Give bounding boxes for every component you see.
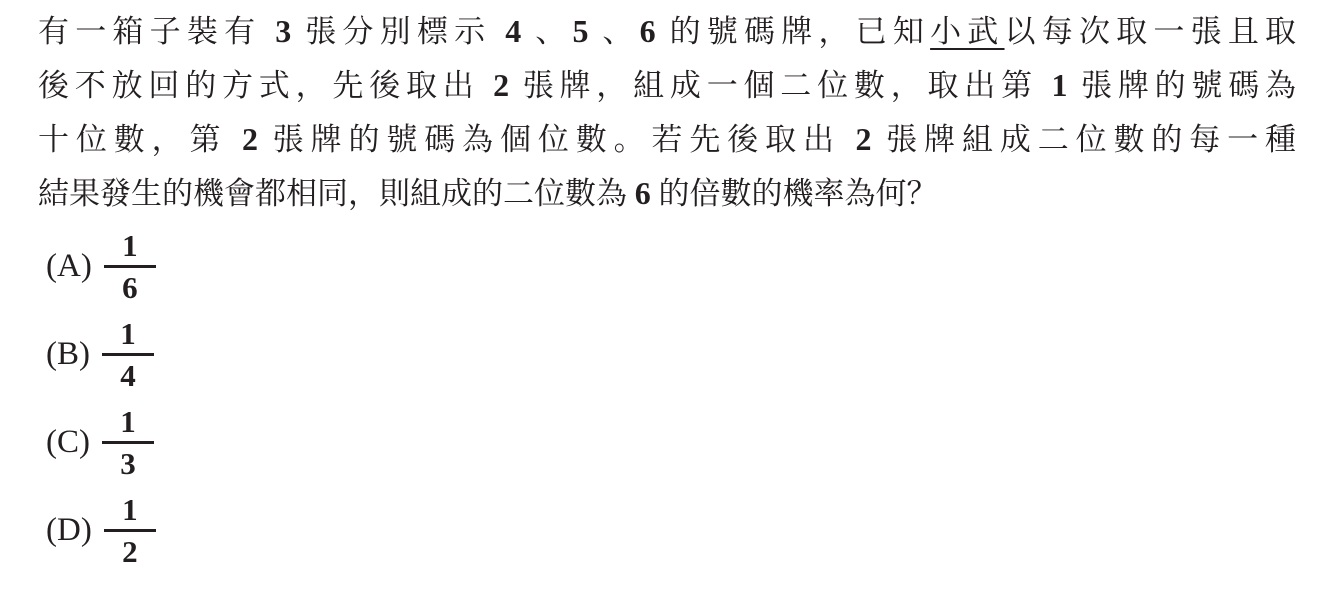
text-segment: 的號碼牌，已知 — [656, 14, 930, 49]
bold-number: 6 — [635, 175, 651, 211]
text-segment: 張牌的號碼為個位數。若先後取出 — [258, 122, 856, 157]
option-b-label: (B) — [46, 338, 90, 371]
exam-question-page: 有一箱子裝有 3 張分別標示 4 、5 、6 的號碼牌，已知小武以每次取一張且取… — [0, 0, 1338, 590]
text-segment: 十位數，第 — [38, 122, 242, 157]
option-c-fraction: 1 3 — [102, 406, 154, 479]
option-a-fraction: 1 6 — [104, 230, 156, 303]
option-b: (B) 1 4 — [46, 310, 1296, 398]
fraction-denominator: 6 — [104, 268, 156, 303]
option-a: (A) 1 6 — [46, 222, 1296, 310]
bold-number: 6 — [640, 13, 656, 49]
text-segment: 結果發生的機會都相同，則組成的二位數為 — [38, 176, 635, 211]
question-text: 有一箱子裝有 3 張分別標示 4 、5 、6 的號碼牌，已知小武以每次取一張且取… — [38, 4, 1296, 220]
bold-number: 2 — [242, 121, 258, 157]
fraction-numerator: 1 — [102, 406, 154, 444]
bold-number: 2 — [493, 67, 509, 103]
question-line-4: 結果發生的機會都相同，則組成的二位數為 6 的倍數的機率為何？ — [38, 166, 1296, 220]
option-a-label: (A) — [46, 250, 92, 283]
fraction-denominator: 3 — [102, 444, 154, 479]
answer-options: (A) 1 6 (B) 1 4 (C) 1 3 (D) 1 2 — [38, 222, 1296, 574]
text-segment: 有一箱子裝有 — [38, 14, 275, 49]
fraction-denominator: 4 — [102, 356, 154, 391]
text-segment: 後不放回的方式，先後取出 — [38, 68, 493, 103]
underlined-name: 小武 — [930, 14, 1004, 49]
question-line-2: 後不放回的方式，先後取出 2 張牌，組成一個二位數，取出第 1 張牌的號碼為 — [38, 58, 1296, 112]
bold-number: 4 — [505, 13, 521, 49]
question-line-3: 十位數，第 2 張牌的號碼為個位數。若先後取出 2 張牌組成二位數的每一種 — [38, 112, 1296, 166]
bold-number: 1 — [1051, 67, 1067, 103]
option-b-fraction: 1 4 — [102, 318, 154, 391]
text-segment: 張牌組成二位數的每一種 — [872, 122, 1296, 157]
option-c-label: (C) — [46, 426, 90, 459]
option-d: (D) 1 2 — [46, 486, 1296, 574]
text-segment: 以每次取一張且取 — [1005, 14, 1296, 49]
text-segment: 張分別標示 — [291, 14, 505, 49]
fraction-denominator: 2 — [104, 532, 156, 567]
question-line-1: 有一箱子裝有 3 張分別標示 4 、5 、6 的號碼牌，已知小武以每次取一張且取 — [38, 4, 1296, 58]
text-segment: 、 — [521, 14, 572, 49]
option-c: (C) 1 3 — [46, 398, 1296, 486]
bold-number: 5 — [572, 13, 588, 49]
text-segment: 張牌，組成一個二位數，取出第 — [509, 68, 1051, 103]
fraction-numerator: 1 — [104, 230, 156, 268]
bold-number: 3 — [275, 13, 291, 49]
text-segment: 的倍數的機率為何？ — [651, 176, 938, 211]
option-d-label: (D) — [46, 514, 92, 547]
text-segment: 、 — [588, 14, 639, 49]
bold-number: 2 — [856, 121, 872, 157]
option-d-fraction: 1 2 — [104, 494, 156, 567]
fraction-numerator: 1 — [104, 494, 156, 532]
fraction-numerator: 1 — [102, 318, 154, 356]
text-segment: 張牌的號碼為 — [1067, 68, 1296, 103]
